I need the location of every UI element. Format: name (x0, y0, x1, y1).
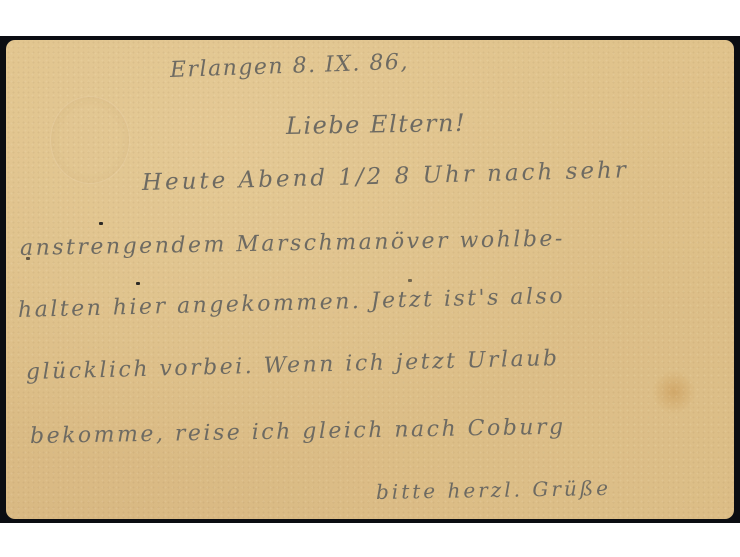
postcard-salutation: Liebe Eltern! (286, 109, 467, 140)
postcard-place-date: Erlangen 8. IX. 86, (170, 50, 410, 83)
ink-spot (99, 222, 103, 225)
postcard-text-line-1: Heute Abend 1/2 8 Uhr nach sehr (142, 157, 629, 196)
ink-spot (408, 279, 412, 282)
postcard-text-line-2: anstrengendem Marschmanöver wohlbe- (20, 226, 565, 261)
postcard: Erlangen 8. IX. 86, Liebe Eltern! Heute … (6, 40, 734, 519)
postcard-text-line-3: halten hier angekommen. Jetzt ist's also (18, 284, 566, 323)
postcard-text-line-5: bekomme, reise ich gleich nach Coburg (30, 415, 566, 449)
postcard-text-line-6: bitte herzl. Grüße (376, 476, 611, 504)
ink-spot (136, 282, 140, 285)
ink-spot (26, 257, 30, 260)
embossed-stamp-seal (50, 96, 130, 184)
postcard-text-line-4: glücklich vorbei. Wenn ich jetzt Urlaub (26, 346, 560, 385)
